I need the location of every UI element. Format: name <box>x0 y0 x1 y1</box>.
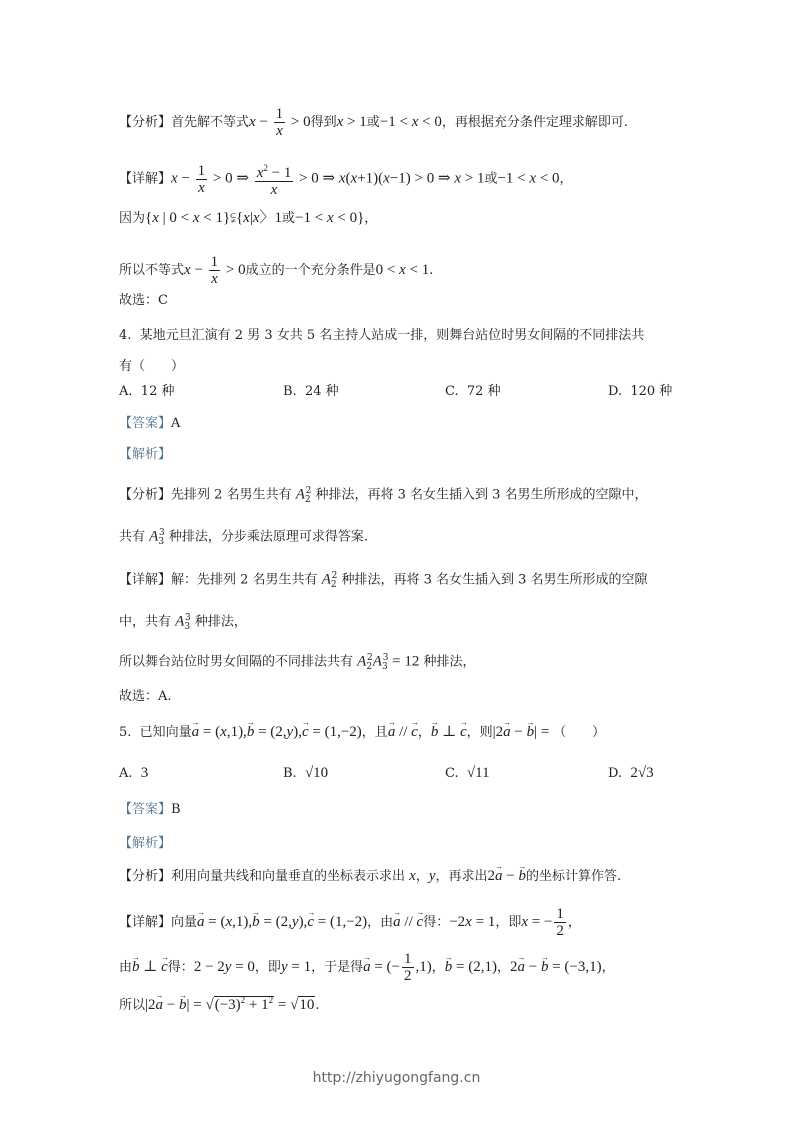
q3-so: 所以不等式x − 1x > 0成立的一个充分条件是0 < x < 1. <box>119 254 433 287</box>
q4-analysis-line2: 共有 A33 种排法，分步乘法原理可求得答案. <box>119 523 368 552</box>
q5-detail-line2: 由b ⊥ c得：2 − 2y = 0，即y = 1，于是得a = (−12,1)… <box>119 951 615 984</box>
q4-detail-line3: 所以舞台站位时男女间隔的不同排法共有 A22A33 = 12 种排法， <box>119 648 476 677</box>
q4-option-c: C. 72 种 <box>445 382 501 402</box>
q3-because: 因为{x | 0 < x < 1}⫋{x|x〉1或−1 < x < 0}， <box>119 208 377 229</box>
q3-detail: 【详解】x − 1x > 0 ⇒ x2 − 1x > 0 ⇒ x(x+1)(x−… <box>119 160 573 198</box>
q4-option-a: A. 12 种 <box>119 382 174 402</box>
q4-option-d: D. 120 种 <box>608 382 672 402</box>
answer-value: A <box>171 416 180 431</box>
detail-label: 【详解】 <box>119 172 171 187</box>
q5-analysis: 【分析】利用向量共线和向量垂直的坐标表示求出 x，y，再求出2a − b的坐标计… <box>119 866 621 887</box>
q4-detail-line2: 中，共有 A33 种排法， <box>119 608 247 637</box>
q5-option-a: A. 3 <box>119 763 148 784</box>
q5-answer: 【答案】B <box>119 800 181 820</box>
q4-analysis-line1: 【分析】先排列 2 名男生共有 A22 种排法，再将 3 名女生插入到 3 名男… <box>119 481 648 510</box>
q4-option-b: B. 24 种 <box>283 382 339 402</box>
q5-detail-line3: 所以|2a − b| = √(−3)2 + 12 = √10. <box>119 990 319 1016</box>
question-number: 4. <box>119 328 131 343</box>
q5-stem: 5. 已知向量a = (x,1),b = (2,y),c = (1,−2)，且a… <box>119 722 605 743</box>
q4-answer: 【答案】A <box>119 414 180 434</box>
q4-choice: 故选：A. <box>119 687 172 707</box>
q5-explanation-label: 【解析】 <box>119 834 171 854</box>
q3-choice: 故选：C <box>119 291 168 311</box>
q4-stem-line2: 有（ ） <box>119 357 184 377</box>
q4-detail-line1: 【详解】解：先排列 2 名男生共有 A22 种排法，再将 3 名女生插入到 3 … <box>119 566 648 595</box>
analysis-label: 【分析】 <box>119 115 171 130</box>
footer-url[interactable]: http://zhiyugongfang.cn <box>0 1070 793 1086</box>
q4-explanation-label: 【解析】 <box>119 445 171 465</box>
q5-option-b: B. √10 <box>283 763 328 784</box>
q5-detail-line1: 【详解】向量a = (x,1),b = (2,y),c = (1,−2)，由a … <box>119 906 581 939</box>
fraction: 1x <box>274 106 286 139</box>
answer-label: 【答案】 <box>119 416 171 431</box>
analysis-text-part: 首先解不等式 <box>171 115 249 130</box>
q5-option-c: C. √11 <box>445 763 490 784</box>
q5-option-d: D. 2√3 <box>608 763 654 784</box>
q3-analysis: 【分析】首先解不等式x − 1x > 0得到x > 1或−1 < x < 0，再… <box>119 106 628 139</box>
q4-stem-line1: 4. 某地元旦汇演有 2 男 3 女共 5 名主持人站成一排，则舞台站位时男女间… <box>119 326 644 346</box>
